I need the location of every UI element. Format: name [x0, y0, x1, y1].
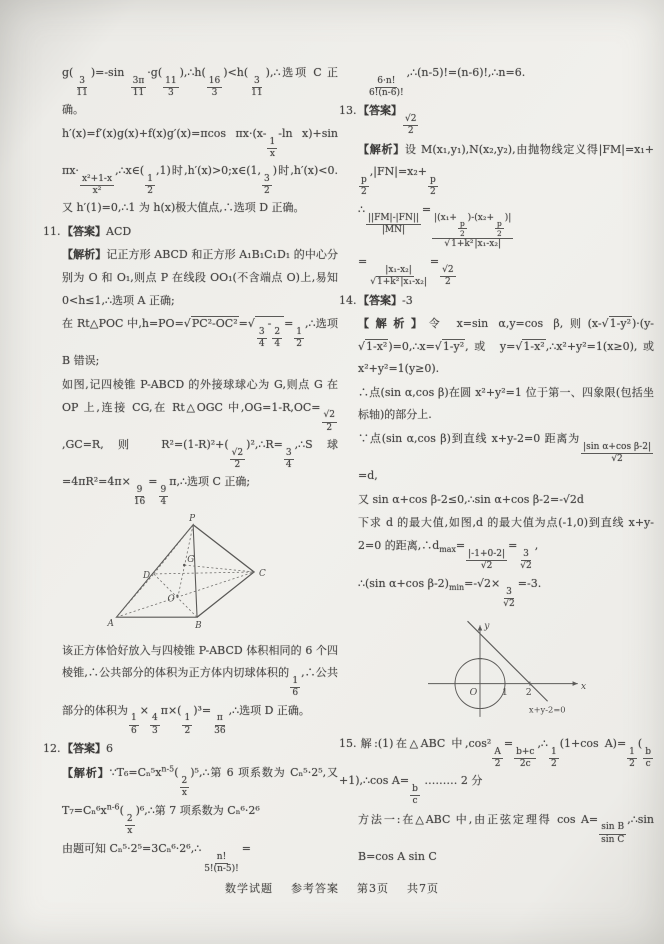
right-column: 6·n!6!(n-6)!,∴(n-5)!=(n-6)!,∴n=6. 13.【答案… [358, 62, 654, 877]
analysis-paragraph-13a: 【解析】设 M(x₁,y₁),N(x₂,y₂),由抛物线定义得|FM|=x₁+p… [358, 139, 654, 199]
content-columns: g(311)=-sin 3π11·g(113),∴h(163)<h(311),∴… [62, 62, 654, 877]
point-G-dot [183, 564, 186, 567]
answer-label: 【答案】 [358, 294, 402, 307]
label-D: D [142, 571, 150, 581]
answer-label: 【答案】 [62, 742, 106, 755]
y-axis-arrow [478, 626, 483, 631]
line-equation-label: x+y-2=0 [529, 705, 566, 715]
solution-item-15: 15.解:(1)在△ABC 中,cos²A2=b+c2c,∴12(1+cos A… [339, 733, 654, 808]
analysis-paragraph-11b: 在 Rt△POC 中,h=PO=√PC²-OC²=√34-24=12,∴选项 B… [62, 313, 338, 373]
label-y-axis: y [483, 621, 490, 632]
pyramid-hidden-edges [116, 525, 254, 617]
label-O: O [168, 595, 176, 605]
label-P: P [188, 514, 196, 524]
answer-item-14: 14.【答案】-3 [339, 290, 654, 313]
analysis-paragraph-14c: ∵点(sin α,cos β)到直线 x+y-2=0 距离为|sin α+cos… [358, 428, 654, 488]
label-C: C [259, 569, 266, 579]
analysis-paragraph-14f: ∴(sin α+cos β-2)min=-√2×3√2=-3. [358, 573, 654, 610]
diagonal-AC [116, 572, 254, 617]
math-paragraph-q12-cont: 6·n!6!(n-6)!,∴(n-5)!=(n-6)!,∴n=6. [366, 62, 654, 99]
pyramid-figure: P A B C D G O [102, 511, 298, 629]
footer-page-total: 共7页 [407, 882, 439, 895]
label-A: A [107, 619, 114, 629]
circle-figure-container: y x O 1 2 x+y-2=0 [358, 616, 654, 729]
math-paragraph-q10-cont: g(311)=-sin 3π11·g(113),∴h(163)<h(311),∴… [62, 62, 338, 122]
tick-label-1: 1 [502, 688, 508, 699]
answer-value-12: 6 [106, 742, 113, 755]
item-number-11: 11. [43, 221, 62, 244]
point-O-dot [176, 595, 178, 597]
analysis-label: 【解析】 [62, 248, 106, 261]
unit-circle-figure: y x O 1 2 x+y-2=0 [418, 616, 594, 720]
analysis-paragraph-14b: ∴点(sin α,cos β)在圆 x²+y²=1 位于第一、四象限(包括坐标轴… [358, 382, 654, 427]
answer-value-13: √22 [402, 104, 419, 117]
item-number-12: 12. [43, 738, 62, 761]
label-B: B [194, 621, 202, 629]
label-origin: O [470, 688, 478, 699]
answer-value-11: ACD [106, 225, 131, 238]
label-G: G [187, 555, 194, 565]
pyramid-lines [116, 525, 254, 617]
analysis-paragraph-13b: ∴||FM|-|FN|||MN|=|(x₁+p2)-(x₂+p2)|√1+k²|… [358, 199, 654, 250]
analysis-paragraph-12a: 【解析】∵T₆=Cₙ⁵xn-5(2x)⁵,∴第 6 项系数为 Cₙ⁵·2⁵,又 … [62, 762, 338, 838]
answer-item-12: 12.【答案】6 [43, 738, 338, 761]
footer-doc-title: 数学试题 [225, 882, 273, 895]
page-footer: 数学试题参考答案第3页共7页 [0, 880, 664, 896]
analysis-paragraph-12b: 由题可知 Cₙ⁵·2⁵=3Cₙ⁶·2⁶,∴n!5!(n-5)!= [62, 838, 338, 875]
analysis-label: 【解析】 [358, 317, 429, 330]
analysis-paragraph-14d: 又 sin α+cos β-2≤0,∴sin α+cos β-2=-√2d [358, 489, 654, 512]
analysis-paragraph-11a: 【解析】记正方形 ABCD 和正方形 A₁B₁C₁D₁ 的中心分别为 O 和 O… [62, 244, 338, 312]
answer-value-14: -3 [402, 294, 413, 307]
answer-label: 【答案】 [358, 104, 402, 117]
answer-label: 【答案】 [62, 225, 106, 238]
analysis-paragraph-11d: 该正方体恰好放入与四棱锥 P-ABCD 体积相同的 6 个四棱锥,∴公共部分的体… [62, 640, 338, 737]
answer-item-13: 13.【答案】√22 [339, 100, 654, 137]
analysis-paragraph-14a: 【解析】令 x=sin α,y=cos β,则(x-√1-y²)·(y-√1-x… [358, 313, 654, 381]
item-number-15: 15. [339, 733, 358, 756]
analysis-label: 【解析】 [62, 766, 110, 779]
analysis-label: 【解析】 [358, 143, 405, 156]
tick-label-2: 2 [526, 688, 532, 699]
item-number-14: 14. [339, 290, 358, 313]
footer-doc-subtitle: 参考答案 [291, 882, 339, 895]
item-number-13: 13. [339, 100, 358, 123]
solution-text: 解:(1)在△ABC 中,cos²A2=b+c2c,∴12(1+cos A)=1… [339, 737, 654, 787]
analysis-paragraph-13c: =|x₁-x₂|√1+k²|x₁-x₂|=√22 [358, 251, 654, 288]
footer-page-number: 第3页 [357, 882, 389, 895]
scanned-answer-page: g(311)=-sin 3π11·g(113),∴h(163)<h(311),∴… [0, 0, 664, 944]
diagonal-BD [154, 574, 197, 617]
pyramid-figure-container: P A B C D G O [62, 511, 338, 638]
answer-item-11: 11.【答案】ACD [43, 221, 338, 244]
left-column: g(311)=-sin 3π11·g(113),∴h(163)<h(311),∴… [62, 62, 338, 877]
math-paragraph-q10-derivative: h′(x)=f′(x)g(x)+f(x)g′(x)=πcos πx·(x-1x-… [62, 123, 338, 220]
x-axis-arrow [573, 682, 578, 687]
label-x-axis: x [581, 681, 587, 692]
solution-paragraph-15b: 方法一:在△ABC 中,由正弦定理得 cos A=sin Bsin C,∴sin… [358, 809, 654, 869]
analysis-paragraph-14e: 下求 d 的最大值,如图,d 的最大值为点(-1,0)到直线 x+y-2=0 的… [358, 512, 654, 572]
analysis-paragraph-11c: 如图,记四棱锥 P-ABCD 的外接球球心为 G,则点 G 在 OP 上,连接 … [62, 374, 338, 508]
